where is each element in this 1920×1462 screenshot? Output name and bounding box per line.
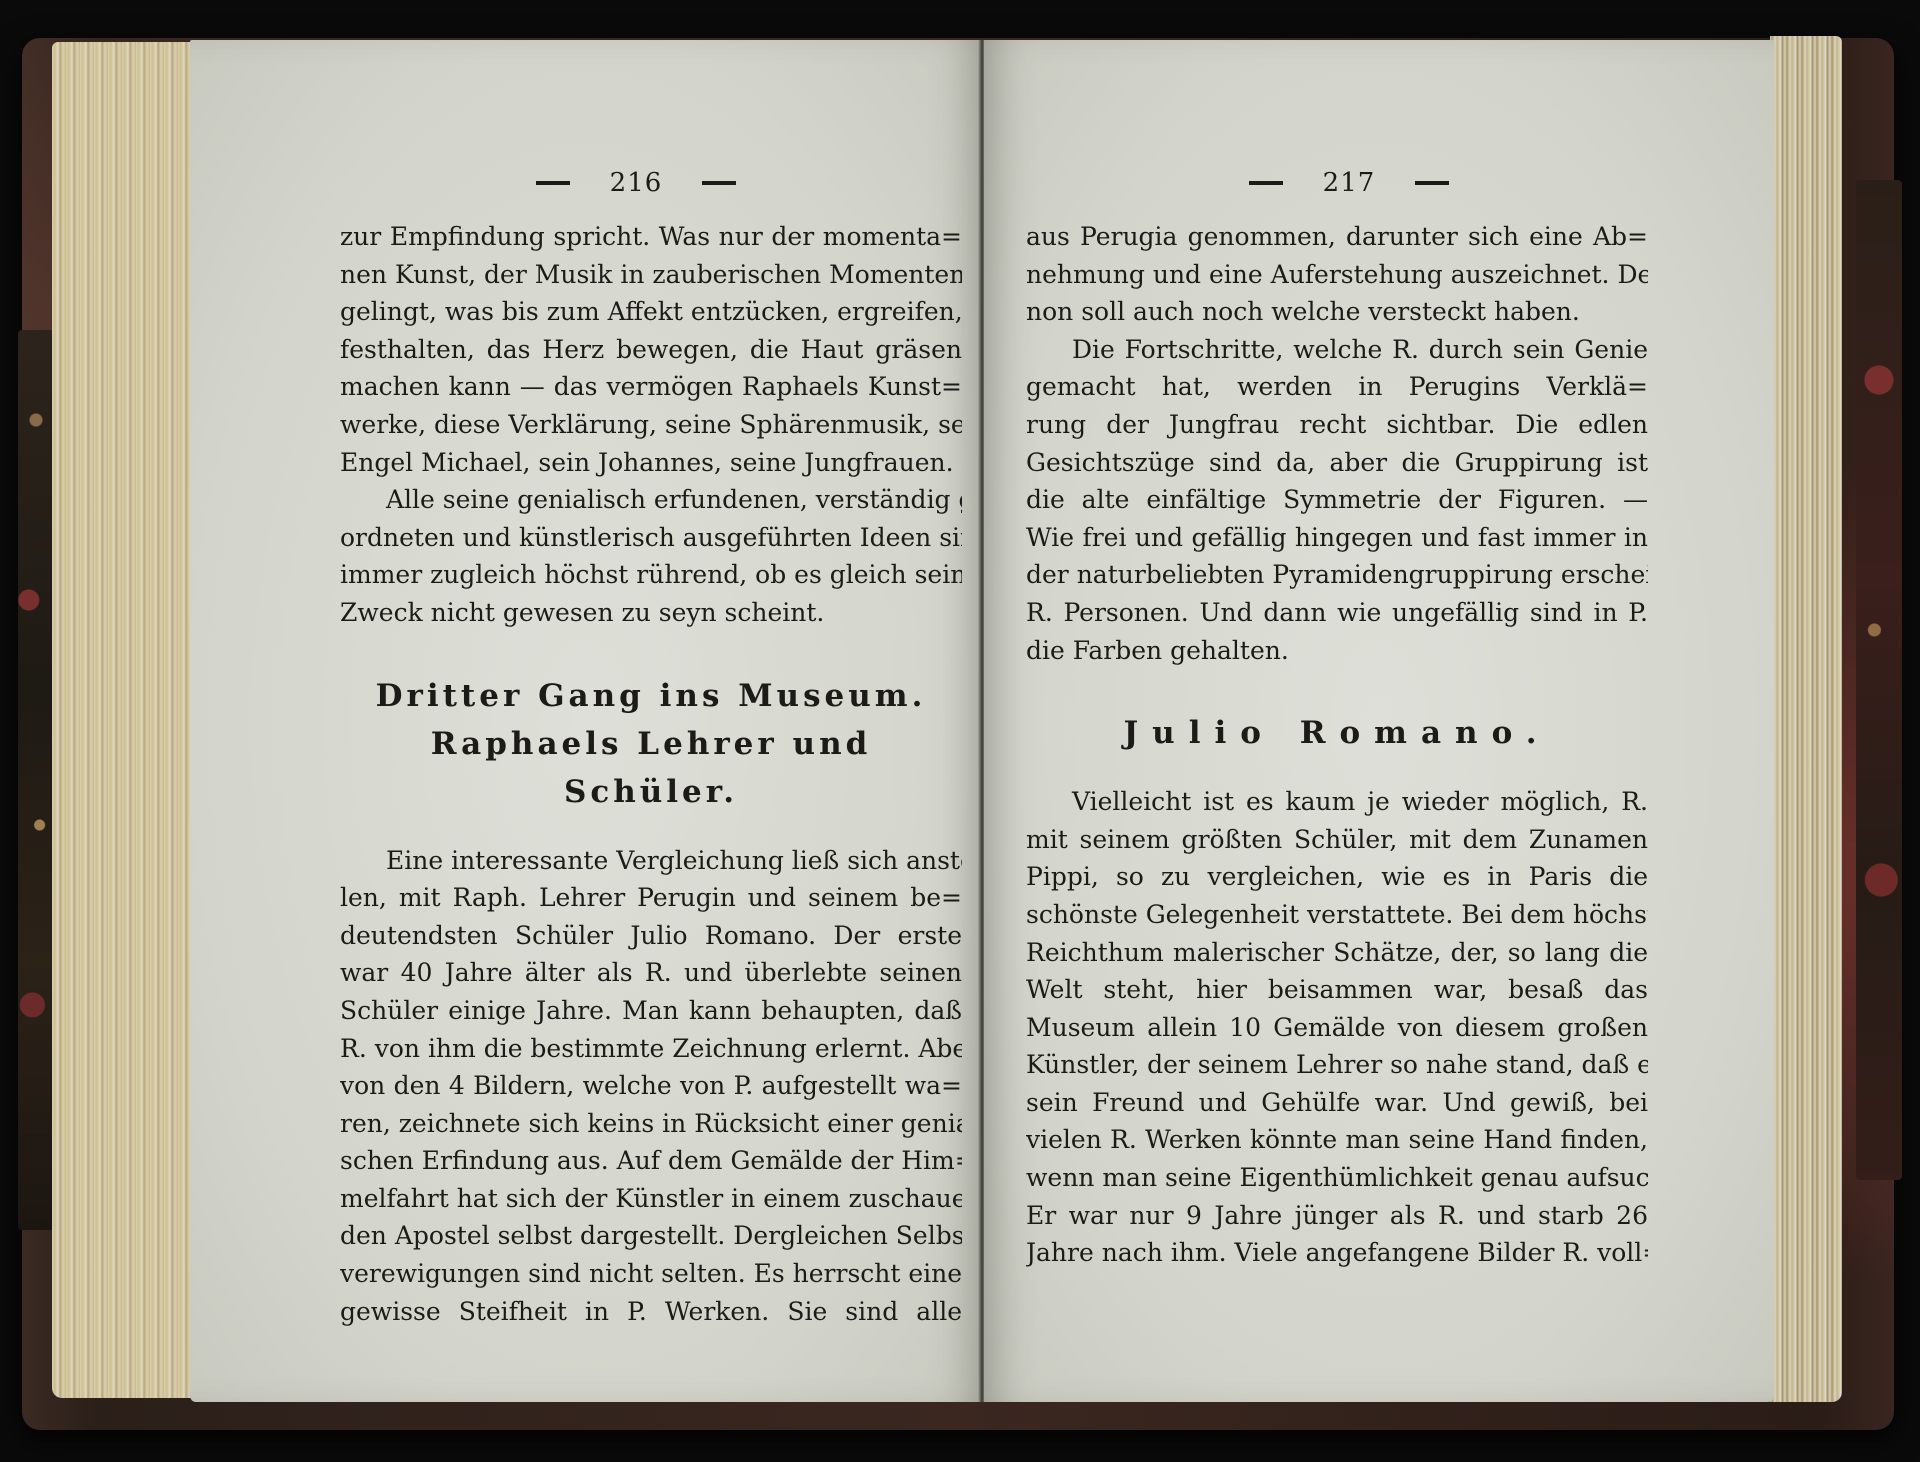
text-line: festhalten, das Herz bewegen, die Haut g…	[340, 331, 962, 369]
text-line: len, mit Raph. Lehrer Perugin und seinem…	[340, 879, 962, 917]
text-line: war 40 Jahre älter als R. und überlebte …	[340, 954, 962, 992]
text-line: Engel Michael, sein Johannes, seine Jung…	[340, 444, 962, 482]
text-line: Welt steht, hier beisammen war, besaß da…	[1026, 971, 1648, 1009]
text-line: immer zugleich höchst rührend, ob es gle…	[340, 556, 962, 594]
text-line: Vielleicht ist es kaum je wieder möglich…	[1026, 783, 1648, 821]
left-page: 216 zur Empfindung spricht. Was nur der …	[190, 40, 982, 1402]
text-line: aus Perugia genommen, darunter sich eine…	[1026, 218, 1648, 256]
text-line: Gesichtszüge sind da, aber die Gruppirun…	[1026, 444, 1648, 482]
text-line: Wie frei und gefällig hingegen und fast …	[1026, 519, 1648, 557]
text-line: non soll auch noch welche versteckt habe…	[1026, 293, 1648, 331]
folio-number: 216	[610, 168, 663, 198]
folio-dash	[1415, 181, 1449, 185]
spacer	[340, 816, 962, 842]
spacer	[1026, 757, 1648, 783]
text-line: rung der Jungfrau recht sichtbar. Die ed…	[1026, 406, 1648, 444]
text-line: Eine interessante Vergleichung ließ sich…	[340, 842, 962, 880]
text-line: machen kann — das vermögen Raphaels Kuns…	[340, 368, 962, 406]
text-line: Er war nur 9 Jahre jünger als R. und sta…	[1026, 1197, 1648, 1235]
text-line: Zweck nicht gewesen zu seyn scheint.	[340, 594, 962, 632]
text-line: werke, diese Verklärung, seine Sphärenmu…	[340, 406, 962, 444]
text-line: melfahrt hat sich der Künstler in einem …	[340, 1180, 962, 1218]
right-page: 217 aus Perugia genommen, darunter sich …	[984, 40, 1774, 1402]
text-line: Künstler, der seinem Lehrer so nahe stan…	[1026, 1046, 1648, 1084]
text-line: gemacht hat, werden in Perugins Verklä=	[1026, 368, 1648, 406]
text-line: sein Freund und Gehülfe war. Und gewiß, …	[1026, 1084, 1648, 1122]
page-edges-right	[1770, 36, 1842, 1402]
text-line: ordneten und künstlerisch ausgeführten I…	[340, 519, 962, 557]
text-line: ren, zeichnete sich keins in Rücksicht e…	[340, 1105, 962, 1143]
page-edges-left	[52, 42, 194, 1398]
text-line: deutendsten Schüler Julio Romano. Der er…	[340, 917, 962, 955]
folio-dash	[1249, 181, 1283, 185]
section-heading: Dritter Gang ins Museum.	[340, 672, 962, 720]
text-line: von den 4 Bildern, welche von P. aufgest…	[340, 1067, 962, 1105]
text-line: nen Kunst, der Musik in zauberischen Mom…	[340, 256, 962, 294]
text-line: R. von ihm die bestimmte Zeichnung erler…	[340, 1030, 962, 1068]
text-line: Jahre nach ihm. Viele angefangene Bilder…	[1026, 1234, 1648, 1272]
text-line: die alte einfältige Symmetrie der Figure…	[1026, 481, 1648, 519]
marbled-board-right	[1856, 180, 1902, 1180]
text-line: Museum allein 10 Gemälde von diesem groß…	[1026, 1009, 1648, 1047]
text-line: der naturbeliebten Pyramidengruppirung e…	[1026, 556, 1648, 594]
right-page-text: aus Perugia genommen, darunter sich eine…	[1026, 218, 1648, 1272]
left-page-text: zur Empfindung spricht. Was nur der mome…	[340, 218, 962, 1330]
text-line: vielen R. Werken könnte man seine Hand f…	[1026, 1121, 1648, 1159]
spacer	[1026, 669, 1648, 709]
text-line: zur Empfindung spricht. Was nur der mome…	[340, 218, 962, 256]
text-line: wenn man seine Eigenthümlichkeit genau a…	[1026, 1159, 1648, 1197]
text-line: den Apostel selbst dargestellt. Dergleic…	[340, 1217, 962, 1255]
book-photograph: 216 zur Empfindung spricht. Was nur der …	[0, 0, 1920, 1462]
text-line: die Farben gehalten.	[1026, 632, 1648, 670]
spacer	[340, 632, 962, 672]
text-line: gewisse Steifheit in P. Werken. Sie sind…	[340, 1293, 962, 1331]
text-line: Alle seine genialisch erfundenen, verstä…	[340, 481, 962, 519]
marbled-board-left	[18, 330, 54, 1230]
text-line: Schüler einige Jahre. Man kann behaupten…	[340, 992, 962, 1030]
text-line: verewigungen sind nicht selten. Es herrs…	[340, 1255, 962, 1293]
text-line: nehmung und eine Auferstehung auszeichne…	[1026, 256, 1648, 294]
text-line: mit seinem größten Schüler, mit dem Zuna…	[1026, 821, 1648, 859]
text-line: schönste Gelegenheit verstattete. Bei de…	[1026, 896, 1648, 934]
folio-number: 217	[1323, 168, 1376, 198]
text-line: Die Fortschritte, welche R. durch sein G…	[1026, 331, 1648, 369]
text-line: Pippi, so zu vergleichen, wie es in Pari…	[1026, 858, 1648, 896]
text-line: Reichthum malerischer Schätze, der, so l…	[1026, 934, 1648, 972]
folio-dash	[702, 181, 736, 185]
section-subheading: Raphaels Lehrer und Schüler.	[340, 720, 962, 816]
text-line: R. Personen. Und dann wie ungefällig sin…	[1026, 594, 1648, 632]
section-heading: Julio Romano.	[1026, 709, 1648, 757]
page-number-right: 217	[984, 168, 1774, 198]
folio-dash	[536, 181, 570, 185]
text-line: gelingt, was bis zum Affekt entzücken, e…	[340, 293, 962, 331]
text-line: schen Erfindung aus. Auf dem Gemälde der…	[340, 1142, 962, 1180]
page-number-left: 216	[190, 168, 982, 198]
